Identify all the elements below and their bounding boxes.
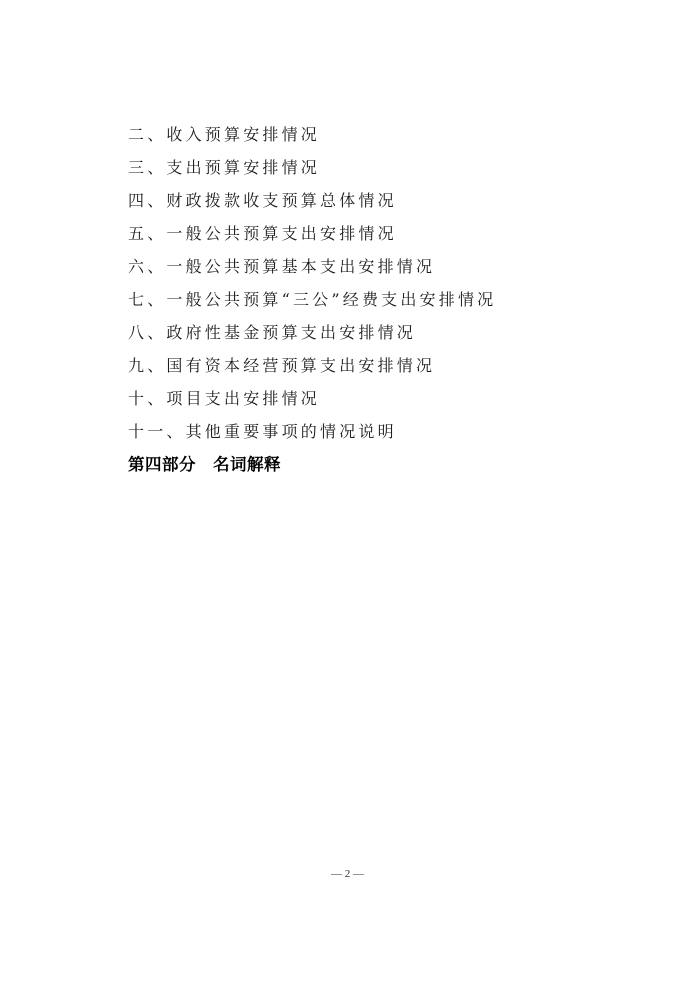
table-of-contents: 二、收入预算安排情况 三、支出预算安排情况 四、财政拨款收支预算总体情况 五、一…	[128, 118, 496, 481]
toc-item-fiscal-appropriation-overview: 四、财政拨款收支预算总体情况	[128, 184, 496, 217]
page-number: — 2 —	[0, 868, 695, 880]
toc-item-general-public-basic-expenditure: 六、一般公共预算基本支出安排情况	[128, 250, 496, 283]
toc-item-three-public-expenses: 七、一般公共预算“三公”经费支出安排情况	[128, 283, 496, 316]
toc-item-expenditure-budget: 三、支出预算安排情况	[128, 151, 496, 184]
toc-item-government-fund-budget: 八、政府性基金预算支出安排情况	[128, 316, 496, 349]
toc-item-income-budget: 二、收入预算安排情况	[128, 118, 496, 151]
toc-item-state-capital-budget: 九、国有资本经营预算支出安排情况	[128, 349, 496, 382]
section-heading-glossary: 第四部分 名词解释	[128, 448, 496, 481]
toc-item-general-public-budget-expenditure: 五、一般公共预算支出安排情况	[128, 217, 496, 250]
toc-item-other-matters: 十一、其他重要事项的情况说明	[128, 415, 496, 448]
toc-item-project-expenditure: 十、项目支出安排情况	[128, 382, 496, 415]
